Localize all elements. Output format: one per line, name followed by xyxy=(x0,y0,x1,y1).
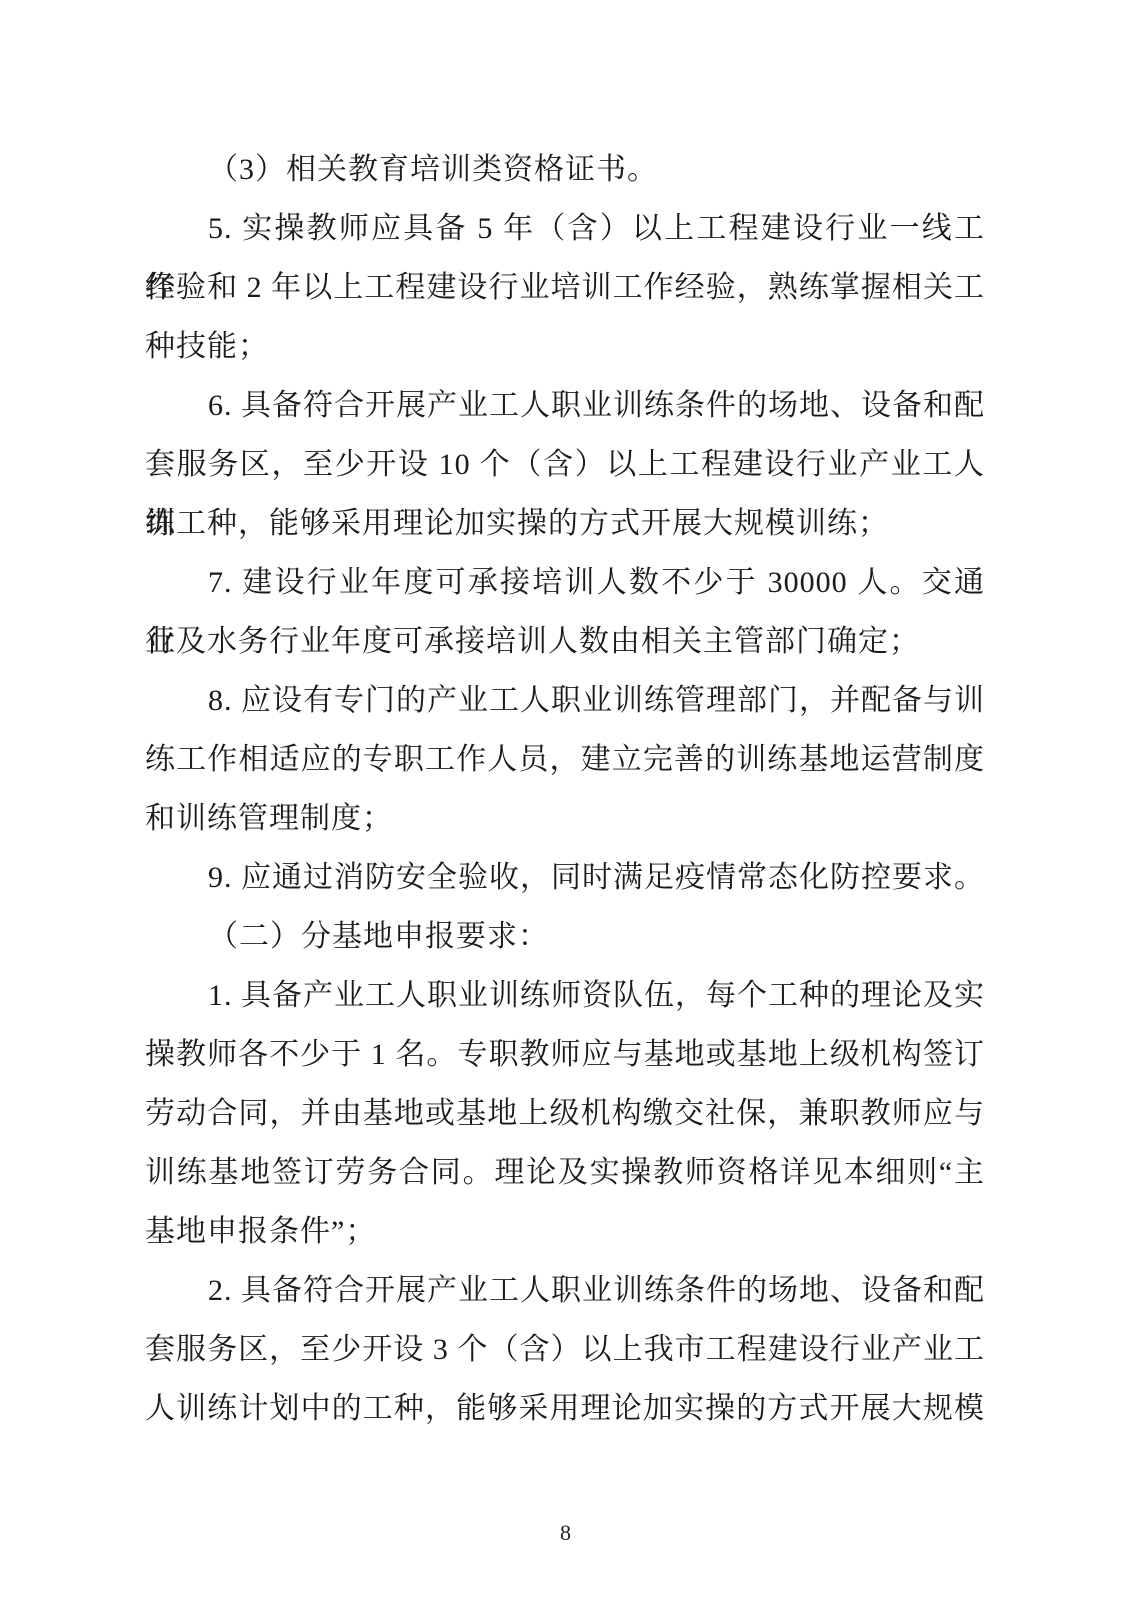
text-line: 练工作相适应的专职工作人员，建立完善的训练基地运营制度 xyxy=(145,730,985,789)
text-line: 人训练计划中的工种，能够采用理论加实操的方式开展大规模 xyxy=(145,1379,985,1438)
document-page: （3）相关教育培训类资格证书。5. 实操教师应具备 5 年（含）以上工程建设行业… xyxy=(0,0,1131,1600)
text-line: （二）分基地申报要求： xyxy=(145,907,985,966)
text-line: 8. 应设有专门的产业工人职业训练管理部门，并配备与训 xyxy=(145,671,985,730)
text-line: 种技能； xyxy=(145,317,985,376)
text-line: 5. 实操教师应具备 5 年（含）以上工程建设行业一线工作 xyxy=(145,199,985,258)
text-line: 基地申报条件”； xyxy=(145,1202,985,1261)
text-line: 6. 具备符合开展产业工人职业训练条件的场地、设备和配 xyxy=(145,376,985,435)
text-line: 和训练管理制度； xyxy=(145,789,985,848)
text-line: 劳动合同，并由基地或基地上级机构缴交社保，兼职教师应与 xyxy=(145,1084,985,1143)
page-number: 8 xyxy=(560,1520,571,1545)
text-line: 9. 应通过消防安全验收，同时满足疫情常态化防控要求。 xyxy=(145,848,985,907)
text-line: 套服务区，至少开设 3 个（含）以上我市工程建设行业产业工 xyxy=(145,1320,985,1379)
text-line: 经验和 2 年以上工程建设行业培训工作经验，熟练掌握相关工 xyxy=(145,258,985,317)
text-line: 操教师各不少于 1 名。专职教师应与基地或基地上级机构签订 xyxy=(145,1025,985,1084)
text-line: 套服务区，至少开设 10 个（含）以上工程建设行业产业工人训 xyxy=(145,435,985,494)
text-line: 7. 建设行业年度可承接培训人数不少于 30000 人。交通行 xyxy=(145,553,985,612)
text-line: 1. 具备产业工人职业训练师资队伍，每个工种的理论及实 xyxy=(145,966,985,1025)
text-line: 业及水务行业年度可承接培训人数由相关主管部门确定； xyxy=(145,612,985,671)
text-line: 2. 具备符合开展产业工人职业训练条件的场地、设备和配 xyxy=(145,1261,985,1320)
text-line: （3）相关教育培训类资格证书。 xyxy=(145,140,985,199)
page-footer: 8 xyxy=(0,1520,1131,1546)
text-line: 练工种，能够采用理论加实操的方式开展大规模训练； xyxy=(145,494,985,553)
body-text: （3）相关教育培训类资格证书。5. 实操教师应具备 5 年（含）以上工程建设行业… xyxy=(145,140,985,1438)
text-line: 训练基地签订劳务合同。理论及实操教师资格详见本细则“主 xyxy=(145,1143,985,1202)
